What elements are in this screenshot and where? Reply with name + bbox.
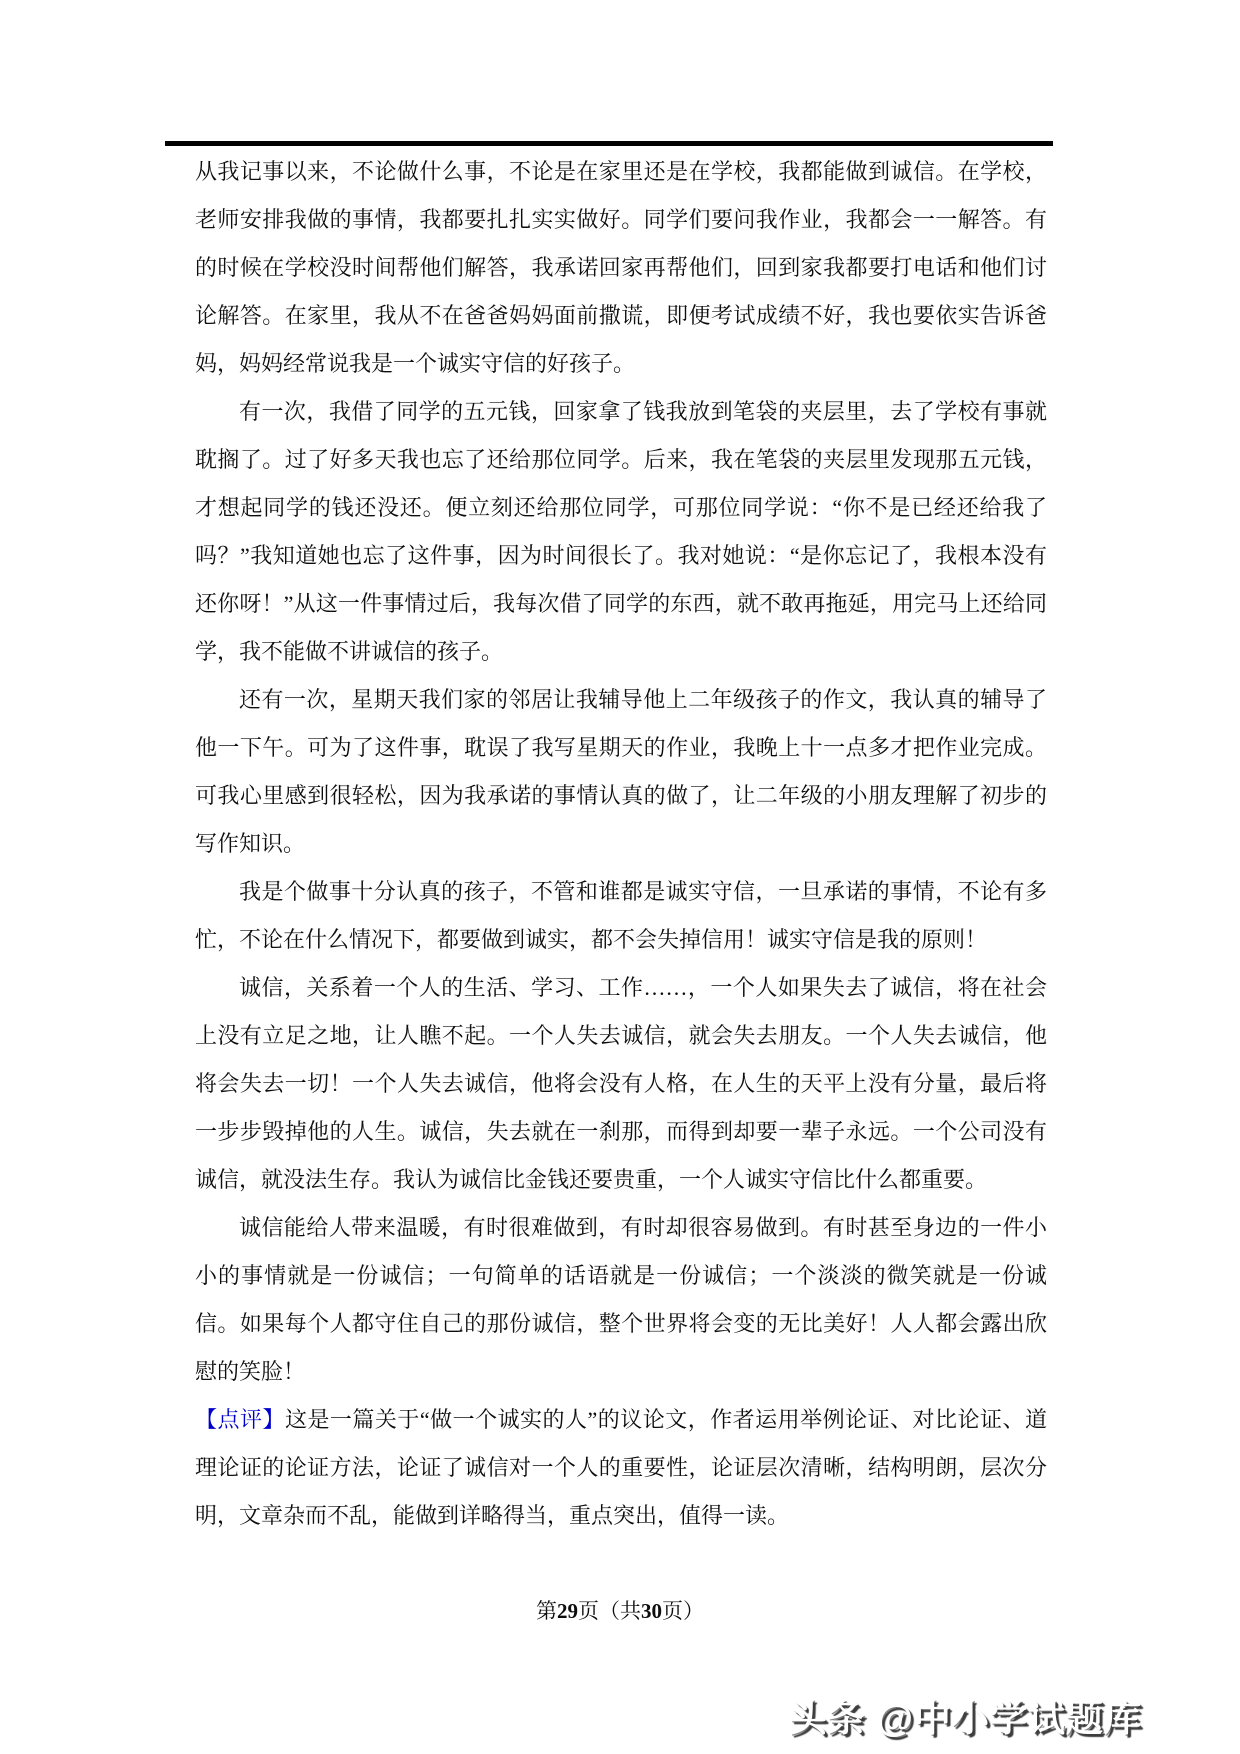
essay-paragraph-5: 诚信，关系着一个人的生活、学习、工作……，一个人如果失去了诚信，将在社会上没有立… <box>195 964 1047 1204</box>
footer-middle: 页（共 <box>578 1599 641 1623</box>
footer-suffix: 页） <box>662 1599 704 1623</box>
footer-prefix: 第 <box>536 1599 557 1623</box>
total-page-number: 30 <box>641 1599 662 1623</box>
watermark: 头条 @中小学试题库 <box>790 1688 1142 1742</box>
comment-paragraph: 【点评】这是一篇关于“做一个诚实的人”的议论文，作者运用举例论证、对比论证、道理… <box>195 1396 1047 1540</box>
comment-label: 【点评】 <box>195 1407 285 1432</box>
essay-paragraph-6: 诚信能给人带来温暖，有时很难做到，有时却很容易做到。有时甚至身边的一件小小的事情… <box>195 1204 1047 1396</box>
essay-paragraph-1: 从我记事以来，不论做什么事，不论是在家里还是在学校，我都能做到诚信。在学校，老师… <box>195 148 1047 388</box>
comment-text: 这是一篇关于“做一个诚实的人”的议论文，作者运用举例论证、对比论证、道理论证的论… <box>195 1407 1047 1528</box>
essay-paragraph-3: 还有一次，星期天我们家的邻居让我辅导他上二年级孩子的作文，我认真的辅导了他一下午… <box>195 676 1047 868</box>
page-footer: 第29页（共30页） <box>0 1596 1240 1626</box>
header-divider <box>165 141 1053 146</box>
current-page-number: 29 <box>557 1599 578 1623</box>
essay-paragraph-4: 我是个做事十分认真的孩子，不管和谁都是诚实守信，一旦承诺的事情，不论有多忙，不论… <box>195 868 1047 964</box>
document-page: 从我记事以来，不论做什么事，不论是在家里还是在学校，我都能做到诚信。在学校，老师… <box>0 0 1240 1754</box>
essay-paragraph-2: 有一次，我借了同学的五元钱，回家拿了钱我放到笔袋的夹层里，去了学校有事就耽搁了。… <box>195 388 1047 676</box>
essay-body: 从我记事以来，不论做什么事，不论是在家里还是在学校，我都能做到诚信。在学校，老师… <box>195 148 1047 1540</box>
